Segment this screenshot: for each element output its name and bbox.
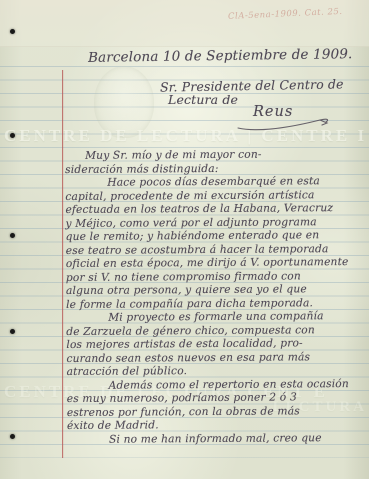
paper-top-edge bbox=[0, 0, 369, 47]
manuscript-line: Si no me han informado mal, creo que bbox=[67, 430, 367, 446]
punch-hole bbox=[10, 434, 15, 439]
dateline: Barcelona 10 de Septiembre de 1909. bbox=[88, 46, 353, 66]
manuscript-line: Mi proyecto es formarle una compañía bbox=[66, 309, 366, 325]
red-margin-line bbox=[62, 70, 63, 458]
punch-hole bbox=[10, 329, 15, 334]
manuscript-line: efectuada en los teatros de la Habana, V… bbox=[65, 201, 365, 217]
punch-hole bbox=[10, 233, 15, 238]
punch-hole bbox=[10, 29, 15, 34]
signature-flourish bbox=[236, 112, 336, 134]
addressee-line-2: Lectura de bbox=[168, 92, 238, 107]
embossed-seal bbox=[94, 66, 154, 138]
manuscript-line: Hace pocos días desembarqué en esta bbox=[65, 174, 365, 190]
punch-hole bbox=[10, 133, 15, 138]
manuscript-letter-page: CENTRE DE LECTURA | CENTRE I CENTRE DE L… bbox=[0, 0, 369, 479]
manuscript-line: oficial en esta época, me dirijo á V. op… bbox=[66, 255, 366, 271]
manuscript-line: Además como el repertorio en esta ocasió… bbox=[67, 376, 367, 392]
letter-body: Muy Sr. mío y de mi mayor con-sideración… bbox=[65, 147, 367, 446]
